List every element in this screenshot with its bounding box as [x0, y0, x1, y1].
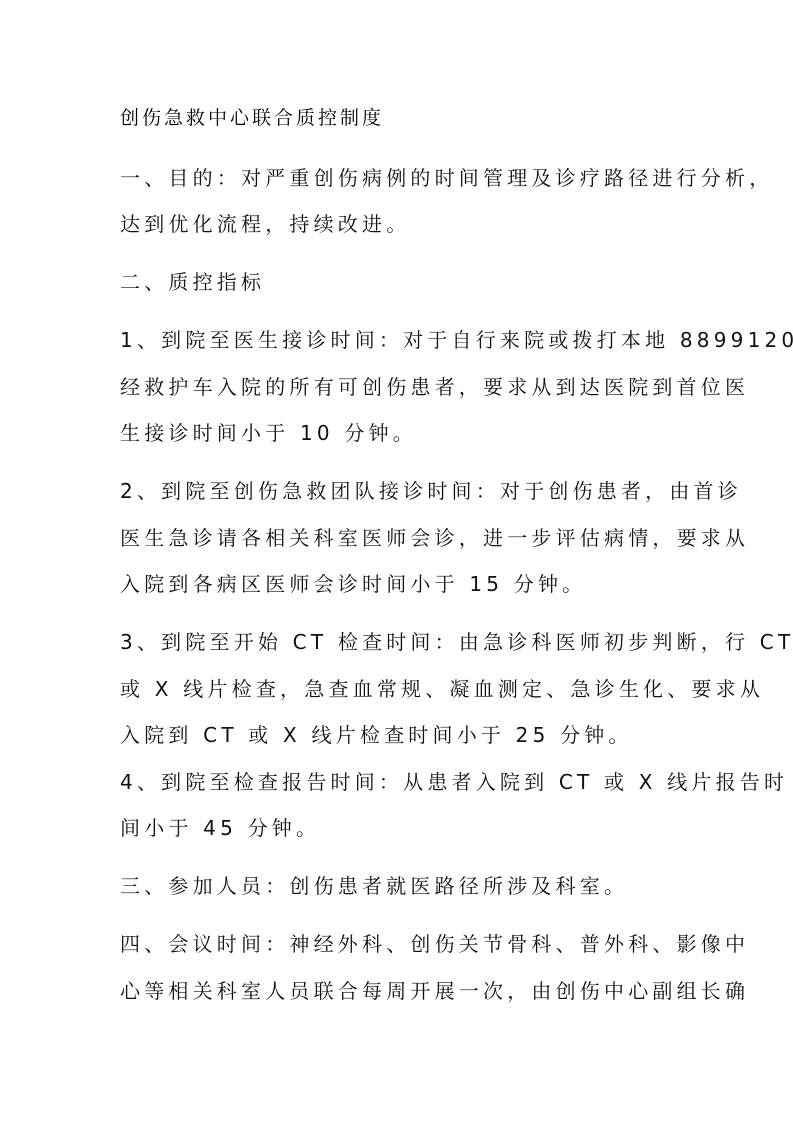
- item-4-line-1: 4、到院至检查报告时间：从患者入院到 CT 或 X 线片报告时: [120, 770, 680, 794]
- item-3-line-2: 或 X 线片检查，急查血常规、凝血测定、急诊生化、要求从: [120, 677, 680, 701]
- section-1-purpose-line-1: 一、目的：对严重创伤病例的时间管理及诊疗路径进行分析，: [120, 166, 680, 190]
- item-2-line-1: 2、到院至创伤急救团队接诊时间：对于创伤患者，由首诊: [120, 479, 680, 503]
- item-1-line-3: 生接诊时间小于 10 分钟。: [120, 421, 680, 445]
- item-2-line-3: 入院到各病区医师会诊时间小于 15 分钟。: [120, 572, 680, 596]
- item-1-line-1: 1、到院至医生接诊时间：对于自行来院或拨打本地 8899120: [120, 328, 680, 352]
- item-1-line-2: 经救护车入院的所有可创伤患者，要求从到达医院到首位医: [120, 375, 680, 399]
- document-page: 创伤急救中心联合质控制度 一、目的：对严重创伤病例的时间管理及诊疗路径进行分析，…: [0, 0, 793, 1122]
- item-2-line-2: 医生急诊请各相关科室医师会诊，进一步评估病情，要求从: [120, 526, 680, 550]
- item-4-line-2: 间小于 45 分钟。: [120, 816, 680, 840]
- document-title: 创伤急救中心联合质控制度: [120, 106, 680, 130]
- item-3-line-3: 入院到 CT 或 X 线片检查时间小于 25 分钟。: [120, 723, 680, 747]
- section-4-meeting-line-1: 四、会议时间：神经外科、创伤关节骨科、普外科、影像中: [120, 932, 680, 956]
- section-1-purpose-line-2: 达到优化流程，持续改进。: [120, 212, 680, 236]
- section-4-meeting-line-2: 心等相关科室人员联合每周开展一次，由创伤中心副组长确: [120, 979, 680, 1003]
- item-3-line-1: 3、到院至开始 CT 检查时间：由急诊科医师初步判断，行 CT: [120, 630, 680, 654]
- section-2-heading: 二、质控指标: [120, 270, 680, 294]
- section-3-participants: 三、参加人员：创伤患者就医路径所涉及科室。: [120, 874, 680, 898]
